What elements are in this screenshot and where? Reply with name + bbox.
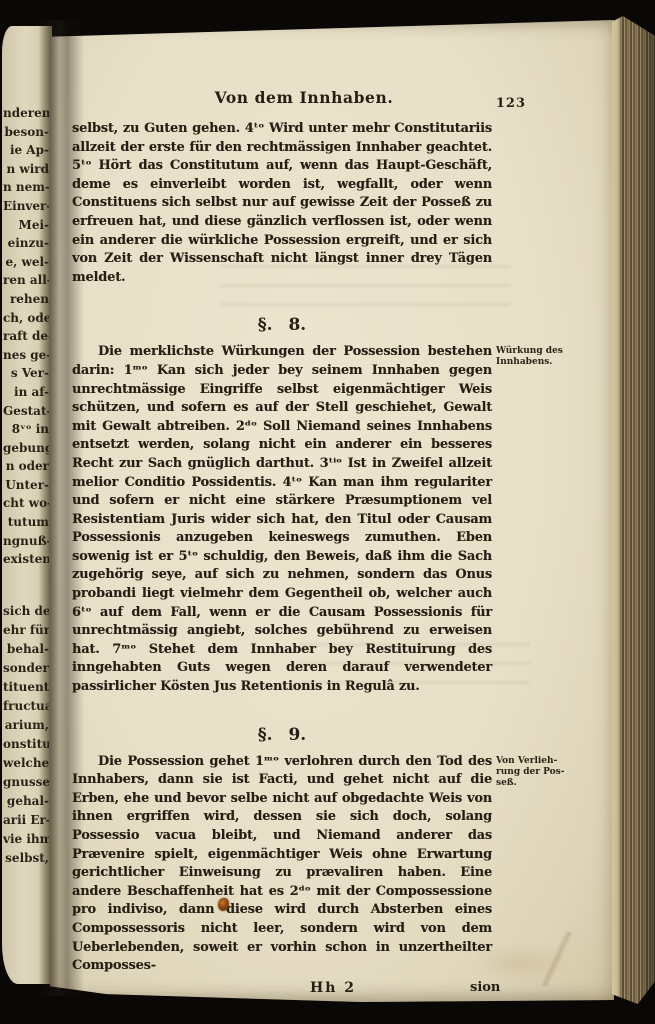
gathering-signature: Hh 2 <box>310 980 356 996</box>
facing-page-text-fragment: ie Ap- <box>3 141 49 160</box>
facing-page-text-fragment: gehal- <box>3 792 49 811</box>
facing-page-text-fragment: behal- <box>3 640 49 659</box>
facing-page-text-fragment: nderen- <box>3 104 49 123</box>
facing-page-text-fragment: sondern <box>3 659 49 678</box>
facing-page: nderen-beson-ie Ap-n wirdn nem-Einver-Me… <box>2 26 52 984</box>
margin-note-wuerkung: Würkung des Innhabens. <box>496 346 570 368</box>
section-8: Die merklichste Würkungen der Possession… <box>72 343 492 696</box>
facing-page-text-fragment: Mei- <box>3 216 49 235</box>
section-9-heading: §. 9. <box>72 725 492 745</box>
facing-page-text-fragment: gnussen <box>3 773 49 792</box>
facing-page-text-fragment: ngnuß- <box>3 532 49 551</box>
facing-page-text-fragment: gebung <box>3 439 49 458</box>
facing-page-text-fragment: s Ver- <box>3 364 49 383</box>
section-9: Die Possession gehet 1ᵐᵒ verlohren durch… <box>72 753 492 976</box>
facing-page-text-fragment: onstitu- <box>3 735 49 754</box>
facing-page-text-fragment: vie ihm <box>3 830 49 849</box>
section-9-body: Die Possession gehet 1ᵐᵒ verlohren durch… <box>72 753 492 976</box>
facing-page-text-fragment: tutum <box>3 513 49 532</box>
book-page: Von dem Innhaben. 123 selbst, zu Guten g… <box>50 18 614 1002</box>
facing-page-text-fragment: nes ge- <box>3 346 49 365</box>
page-footer: Hh 2 sion <box>72 980 492 1002</box>
facing-page-text-fragment: beson- <box>3 123 49 142</box>
paragraph-continuation: selbst, zu Guten gehen. 4ᵗᵒ Wird unter m… <box>72 120 492 287</box>
facing-page-fragments-upper: nderen-beson-ie Ap-n wirdn nem-Einver-Me… <box>3 104 49 569</box>
corner-crease <box>508 932 608 986</box>
running-header-title: Von dem Innhaben. <box>72 88 492 107</box>
facing-page-text-fragment: raft de- <box>3 327 49 346</box>
facing-page-text-fragment: ch, oder <box>3 309 49 328</box>
facing-page-text-fragment: ren all- <box>3 271 49 290</box>
facing-page-text-fragment: n wird <box>3 160 49 179</box>
facing-page-text-fragment: einzu- <box>3 234 49 253</box>
facing-page-text-fragment: in af- <box>3 383 49 402</box>
page-fore-edge <box>612 14 655 1006</box>
facing-page-text-fragment: fructua- <box>3 697 49 716</box>
facing-page-text-fragment: tituent <box>3 678 49 697</box>
facing-page-text-fragment: welchem <box>3 754 49 773</box>
facing-page-text-fragment: e, wel- <box>3 253 49 272</box>
facing-page-text-fragment: cht wo- <box>3 494 49 513</box>
facing-page-text-fragment: rehen <box>3 290 49 309</box>
facing-page-text-fragment: Unter- <box>3 476 49 495</box>
facing-page-text-fragment: existen- <box>3 550 49 569</box>
page-number: 123 <box>496 96 526 111</box>
facing-page-text-fragment: ehr für <box>3 621 49 640</box>
page-header: Von dem Innhaben. 123 <box>72 88 492 110</box>
text-column: Von dem Innhaben. 123 selbst, zu Guten g… <box>72 88 492 1002</box>
facing-page-text-fragment: Gestat- <box>3 402 49 421</box>
facing-page-text-fragment: selbst, <box>3 849 49 868</box>
catchword: sion <box>470 980 500 995</box>
facing-page-text-fragment: sich der <box>3 602 49 621</box>
facing-page-text-fragment: Einver- <box>3 197 49 216</box>
facing-page-text-fragment: 8ᵛᵒ in <box>3 420 49 439</box>
book-photo: { "page": { "header": { "title": "Von de… <box>0 0 655 1024</box>
margin-note-verliehrung: Von Verlieh- rung der Pos- seß. <box>496 756 570 789</box>
facing-page-text-fragment: n oder <box>3 457 49 476</box>
section-8-body: Die merklichste Würkungen der Possession… <box>72 343 492 696</box>
facing-page-fragments-lower: sich derehr fürbehal-sonderntituentfruct… <box>3 602 49 868</box>
facing-page-text-fragment: arii Er- <box>3 811 49 830</box>
facing-page-text-fragment: n nem- <box>3 178 49 197</box>
section-8-heading: §. 8. <box>72 315 492 335</box>
facing-page-text-fragment: arium, <box>3 716 49 735</box>
